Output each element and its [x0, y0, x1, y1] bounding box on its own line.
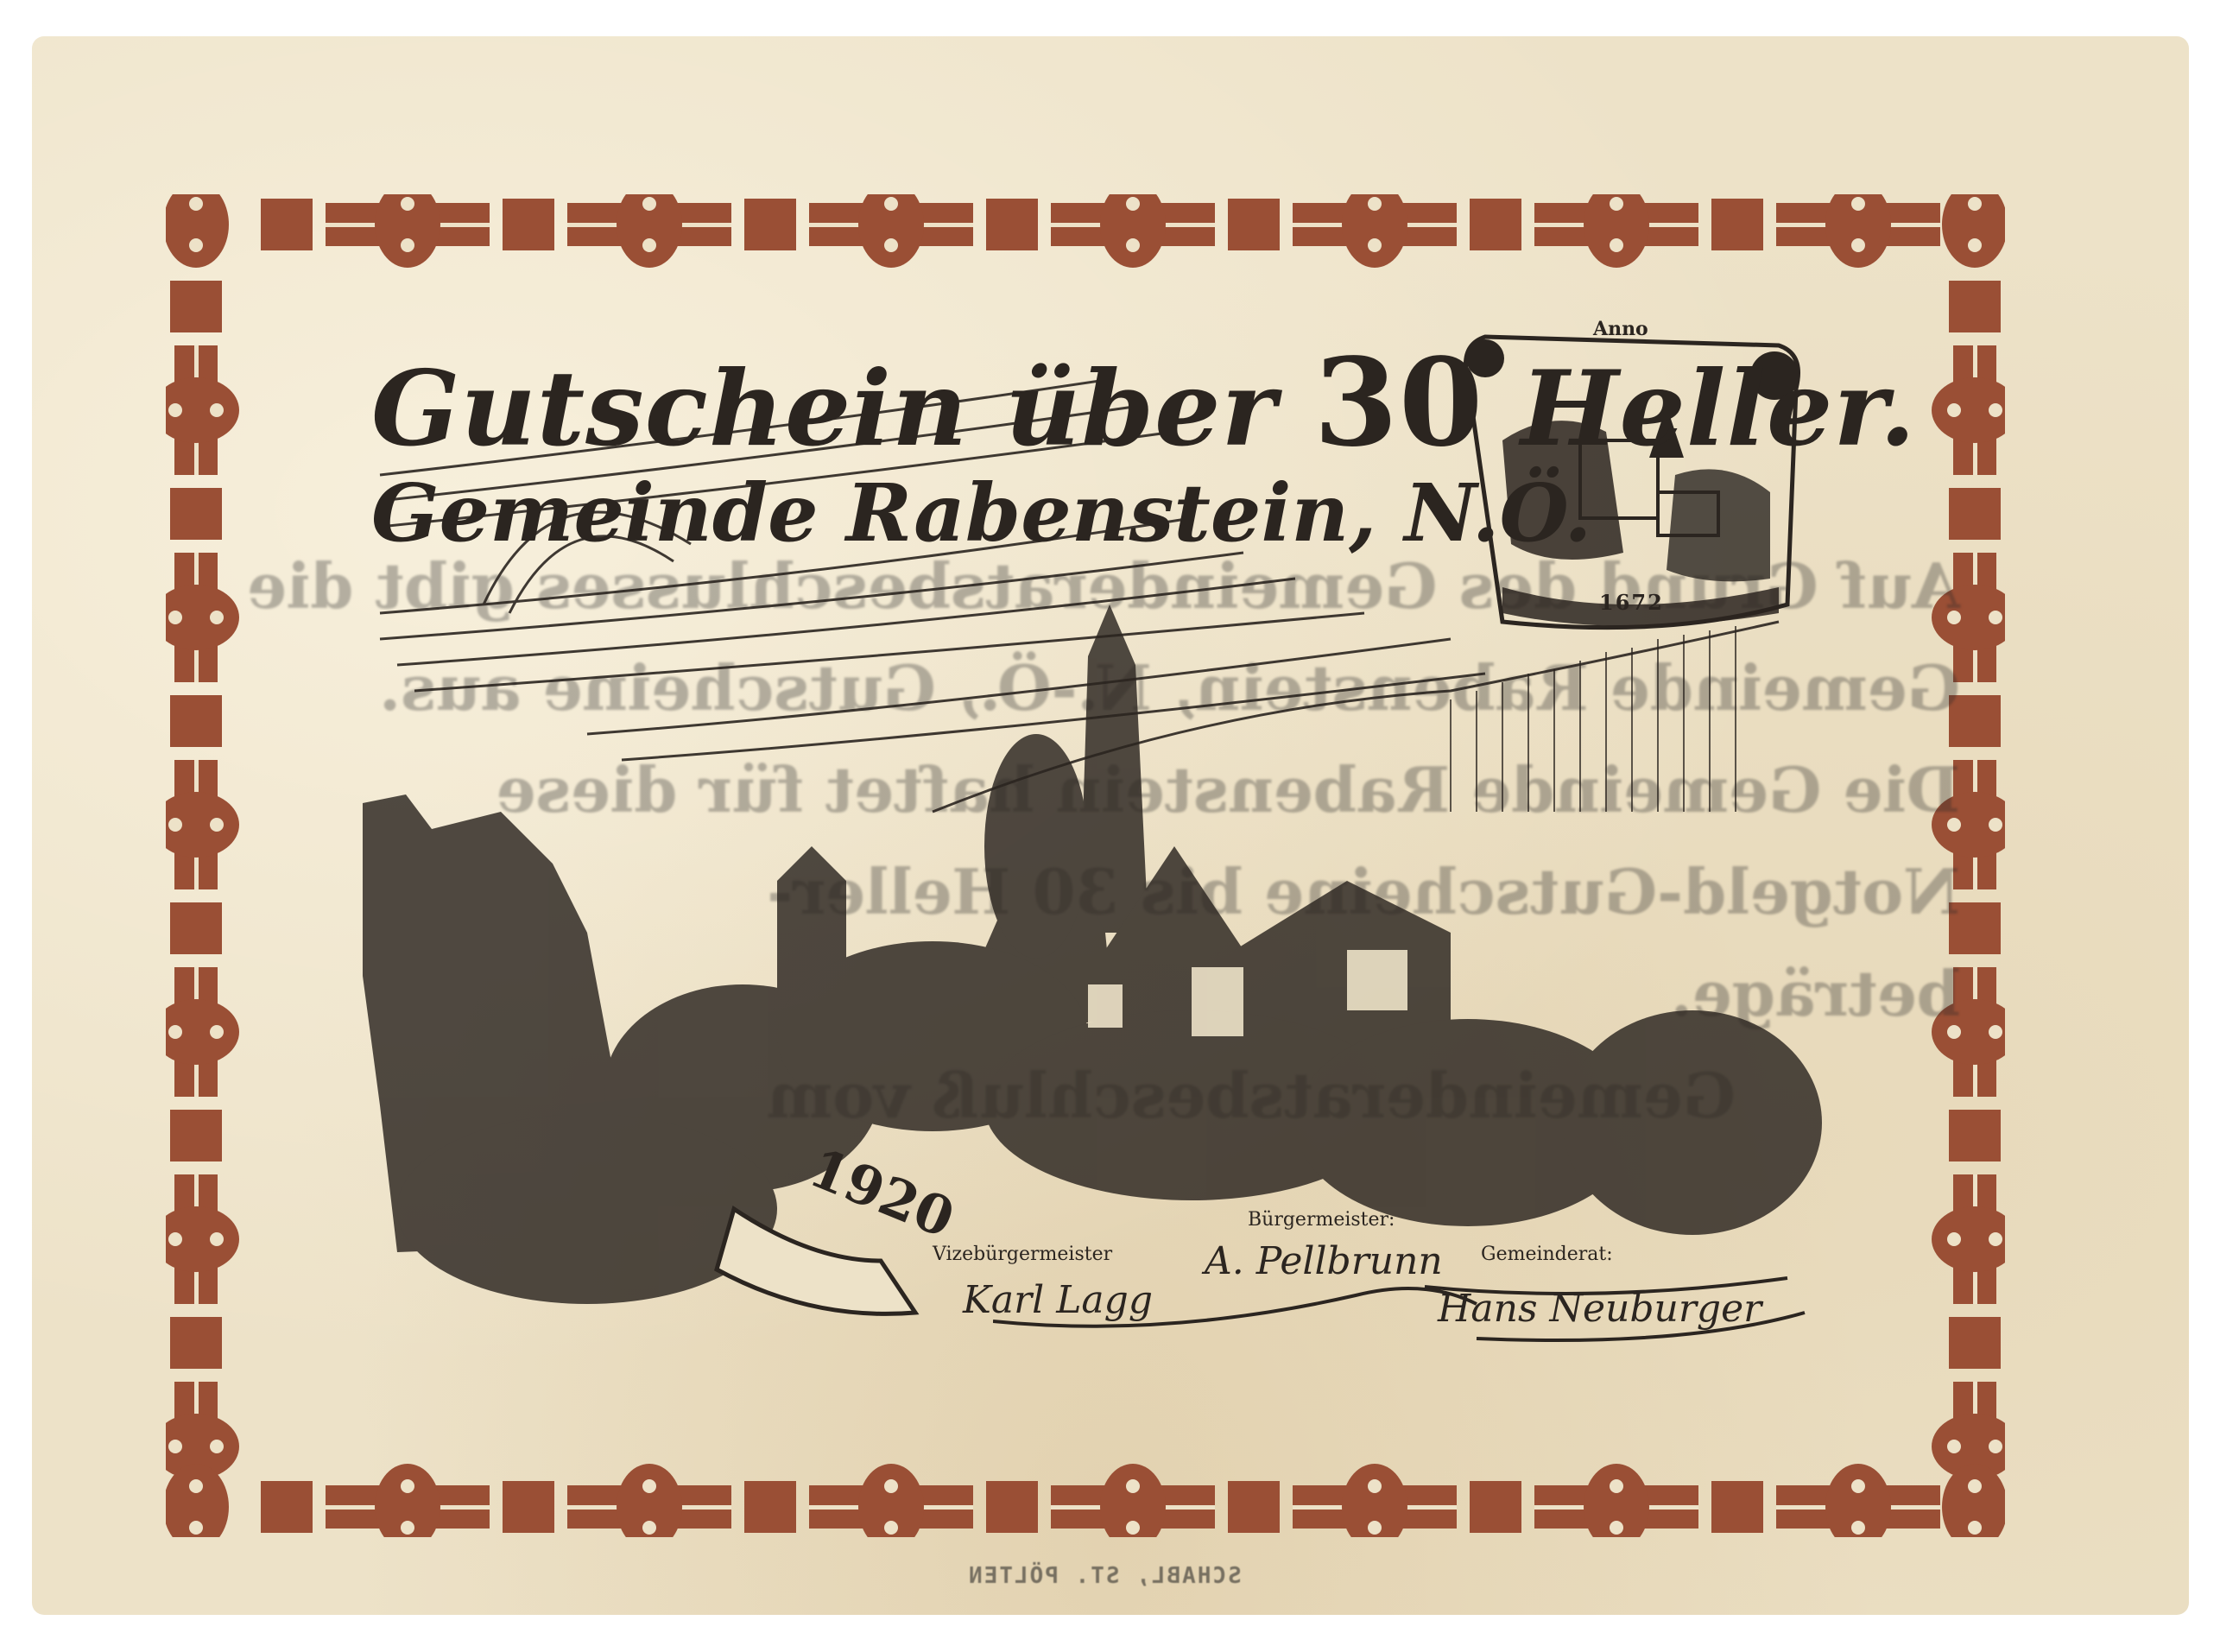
title-suffix: Heller.: [1521, 348, 1916, 470]
title-prefix: Gutschein über: [371, 348, 1277, 470]
inset-year: 1672: [1599, 590, 1664, 615]
denomination-amount: 30: [1314, 332, 1484, 474]
signature-flourishes: [993, 1244, 1856, 1356]
inset-label: Anno: [1593, 318, 1648, 340]
mayor-label: Bürgermeister:: [1248, 1209, 1395, 1231]
issuer-name: Gemeinde Rabenstein, N.Ö.: [371, 466, 1591, 560]
printer-imprint: SCHABL, ST. PÖLTEN: [967, 1563, 1242, 1589]
note-title: Gutschein über 30 Heller.: [371, 332, 1916, 474]
